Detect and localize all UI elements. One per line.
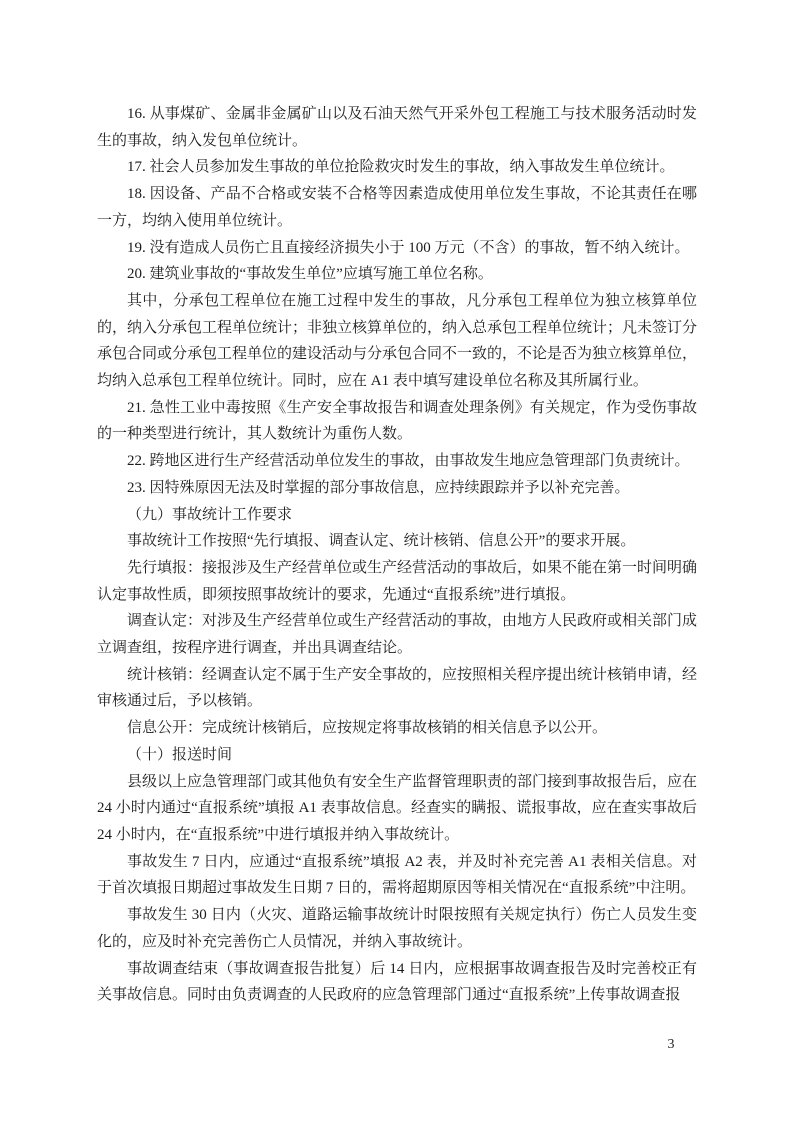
paragraph: 其中，分承包工程单位在施工过程中发生的事故，凡分承包工程单位为独立核算单位的，纳… xyxy=(97,288,697,395)
paragraph: 事故调查结束（事故调查报告批复）后 14 日内，应根据事故调查报告及时完善校正有… xyxy=(97,956,697,1009)
paragraph: 县级以上应急管理部门或其他负有安全生产监督管理职责的部门接到事故报告后，应在 2… xyxy=(97,769,697,849)
paragraph: 17. 社会人员参加发生事故的单位抢险救灾时发生的事故，纳入事故发生单位统计。 xyxy=(97,154,697,181)
paragraph: 事故发生 7 日内，应通过“直报系统”填报 A2 表，并及时补充完善 A1 表相… xyxy=(97,849,697,902)
paragraph: 20. 建筑业事故的“事故发生单位”应填写施工单位名称。 xyxy=(97,261,697,288)
paragraph: 18. 因设备、产品不合格或安装不合格等因素造成使用单位发生事故，不论其责任在哪… xyxy=(97,181,697,234)
document-body: 16. 从事煤矿、金属非金属矿山以及石油天然气开采外包工程施工与技术服务活动时发… xyxy=(97,101,697,1009)
paragraph: 事故发生 30 日内（火灾、道路运输事故统计时限按照有关规定执行）伤亡人员发生变… xyxy=(97,902,697,955)
paragraph: 16. 从事煤矿、金属非金属矿山以及石油天然气开采外包工程施工与技术服务活动时发… xyxy=(97,101,697,154)
paragraph: 19. 没有造成人员伤亡且直接经济损失小于 100 万元（不含）的事故，暂不纳入… xyxy=(97,235,697,262)
page-number: 3 xyxy=(641,1035,701,1055)
paragraph: （九）事故统计工作要求 xyxy=(97,502,697,529)
paragraph: 事故统计工作按照“先行填报、调查认定、统计核销、信息公开”的要求开展。 xyxy=(97,528,697,555)
paragraph: （十）报送时间 xyxy=(97,742,697,769)
paragraph: 信息公开：完成统计核销后，应按规定将事故核销的相关信息予以公开。 xyxy=(97,715,697,742)
paragraph: 22. 跨地区进行生产经营活动单位发生的事故，由事故发生地应急管理部门负责统计。 xyxy=(97,448,697,475)
paragraph: 调查认定：对涉及生产经营单位或生产经营活动的事故，由地方人民政府或相关部门成立调… xyxy=(97,608,697,661)
paragraph: 23. 因特殊原因无法及时掌握的部分事故信息，应持续跟踪并予以补充完善。 xyxy=(97,475,697,502)
paragraph: 先行填报：接报涉及生产经营单位或生产经营活动的事故后，如果不能在第一时间明确认定… xyxy=(97,555,697,608)
paragraph: 统计核销：经调查认定不属于生产安全事故的，应按照相关程序提出统计核销申请，经审核… xyxy=(97,662,697,715)
paragraph: 21. 急性工业中毒按照《生产安全事故报告和调查处理条例》有关规定，作为受伤事故… xyxy=(97,395,697,448)
document-page: 16. 从事煤矿、金属非金属矿山以及石油天然气开采外包工程施工与技术服务活动时发… xyxy=(0,0,793,1122)
